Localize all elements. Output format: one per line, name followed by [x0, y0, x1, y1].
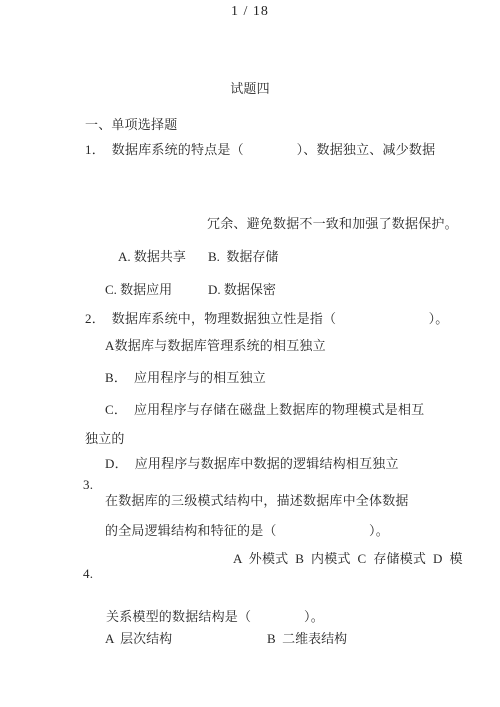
document-page: 1 / 18 试题四 一、单项选择题 1． 数据库系统的特点是（ ）、数据独立、… [0, 0, 500, 707]
q3-stem-line1: 在数据库的三级模式结构中，描述数据库中全体数据 [105, 493, 409, 509]
q3-options-row: A 外模式 B 内模式 C 存储模式 D 模 [233, 551, 463, 567]
q1-option-a: A. 数据共享 [118, 249, 186, 265]
q1-option-c: C. 数据应用 [105, 282, 172, 298]
q2-option-c-continuation: 独立的 [85, 431, 125, 447]
q1-option-d: D. 数据保密 [208, 282, 276, 298]
q4-stem: 关系模型的数据结构是（ ）。 [106, 609, 324, 625]
q1-option-b: B. 数据存储 [208, 249, 278, 265]
page-indicator: 1 / 18 [0, 4, 500, 21]
q1-stem: 1． 数据库系统的特点是（ ）、数据独立、减少数据 [85, 142, 435, 158]
page-title: 试题四 [0, 81, 500, 97]
q2-option-c: C． 应用程序与存储在磁盘上数据库的物理模式是相互 [105, 402, 424, 418]
q4-number: 4. [83, 566, 93, 582]
q2-option-a: A数据库与数据库管理系统的相互独立 [105, 338, 326, 354]
q2-option-d: D． 应用程序与数据库中数据的逻辑结构相互独立 [105, 456, 399, 472]
q2-stem: 2． 数据库系统中，物理数据独立性是指（ ）。 [85, 311, 449, 327]
q3-number: 3. [83, 477, 93, 493]
q4-option-b: B 二维表结构 [267, 631, 347, 647]
section-heading: 一、单项选择题 [85, 117, 177, 133]
q4-option-a: A 层次结构 [105, 631, 172, 647]
q3-stem-line2: 的全局逻辑结构和特征的是（ ）。 [105, 523, 389, 539]
q1-stem-continuation: 冗余、避免数据不一致和加强了数据保护。 [207, 216, 458, 232]
q2-option-b: B． 应用程序与的相互独立 [105, 370, 266, 386]
